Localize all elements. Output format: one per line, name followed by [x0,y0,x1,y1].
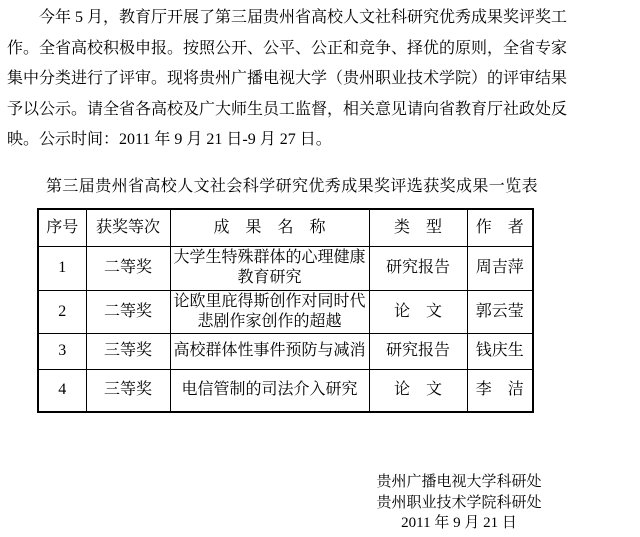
cell-type: 研究报告 [369,246,467,290]
signature-org-line: 贵州广播电视大学科研处 [339,472,579,493]
cell-no: 3 [38,333,86,369]
cell-author: 李 洁 [467,369,533,412]
cell-no: 1 [38,246,86,290]
table-row: 4 三等奖 电信管制的司法介入研究 论 文 李 洁 [38,369,533,412]
awards-table: 序号 获奖等次 成 果 名 称 类 型 作 者 1 二等奖 大学生特殊群体的心理… [37,208,534,413]
cell-type: 研究报告 [369,333,467,369]
signature-org-line: 贵州职业技术学院科研处 [339,493,579,514]
cell-name: 论欧里庇得斯创作对同时代悲剧作家创作的超越 [170,290,369,333]
cell-award: 二等奖 [86,246,170,290]
cell-author: 钱庆生 [467,333,533,369]
cell-name: 高校群体性事件预防与减消 [170,333,369,369]
table-row: 2 二等奖 论欧里庇得斯创作对同时代悲剧作家创作的超越 论 文 郭云莹 [38,290,533,333]
cell-award: 三等奖 [86,369,170,412]
cell-award: 二等奖 [86,290,170,333]
intro-line: 集中分类进行了评审。现将贵州广播电视大学（贵州职业技术学院）的评审结果 [7,64,631,95]
cell-name: 大学生特殊群体的心理健康教育研究 [170,246,369,290]
intro-line: 映。公示时间：2011 年 9 月 21 日-9 月 27 日。 [7,125,631,156]
header-cell-author: 作 者 [467,209,533,246]
cell-type: 论 文 [369,369,467,412]
cell-no: 2 [38,290,86,333]
table-title: 第三届贵州省高校人文社会科学研究优秀成果奖评选获奖成果一览表 [46,177,538,196]
header-cell-name: 成 果 名 称 [170,209,369,246]
intro-paragraph: 今年 5 月，教育厅开展了第三届贵州省高校人文社科研究优秀成果奖评奖工 作。全省… [7,3,631,156]
table-row: 3 三等奖 高校群体性事件预防与减消 研究报告 钱庆生 [38,333,533,369]
cell-award: 三等奖 [86,333,170,369]
intro-line: 作。全省高校积极申报。按照公开、公平、公正和竞争、择优的原则，全省专家 [7,34,631,65]
header-cell-no: 序号 [38,209,86,246]
header-cell-award: 获奖等次 [86,209,170,246]
signature-date: 2011 年 9 月 21 日 [339,513,579,534]
cell-no: 4 [38,369,86,412]
signature-block: 贵州广播电视大学科研处 贵州职业技术学院科研处 2011 年 9 月 21 日 [339,472,579,534]
cell-name: 电信管制的司法介入研究 [170,369,369,412]
header-cell-type: 类 型 [369,209,467,246]
intro-line: 予以公示。请全省各高校及广大师生员工监督，相关意见请向省教育厅社政处反 [7,95,631,126]
cell-type: 论 文 [369,290,467,333]
cell-author: 周吉萍 [467,246,533,290]
table-header-row: 序号 获奖等次 成 果 名 称 类 型 作 者 [38,209,533,246]
document-page: 今年 5 月，教育厅开展了第三届贵州省高校人文社科研究优秀成果奖评奖工 作。全省… [0,0,640,537]
table-row: 1 二等奖 大学生特殊群体的心理健康教育研究 研究报告 周吉萍 [38,246,533,290]
intro-line: 今年 5 月，教育厅开展了第三届贵州省高校人文社科研究优秀成果奖评奖工 [7,3,631,34]
cell-author: 郭云莹 [467,290,533,333]
